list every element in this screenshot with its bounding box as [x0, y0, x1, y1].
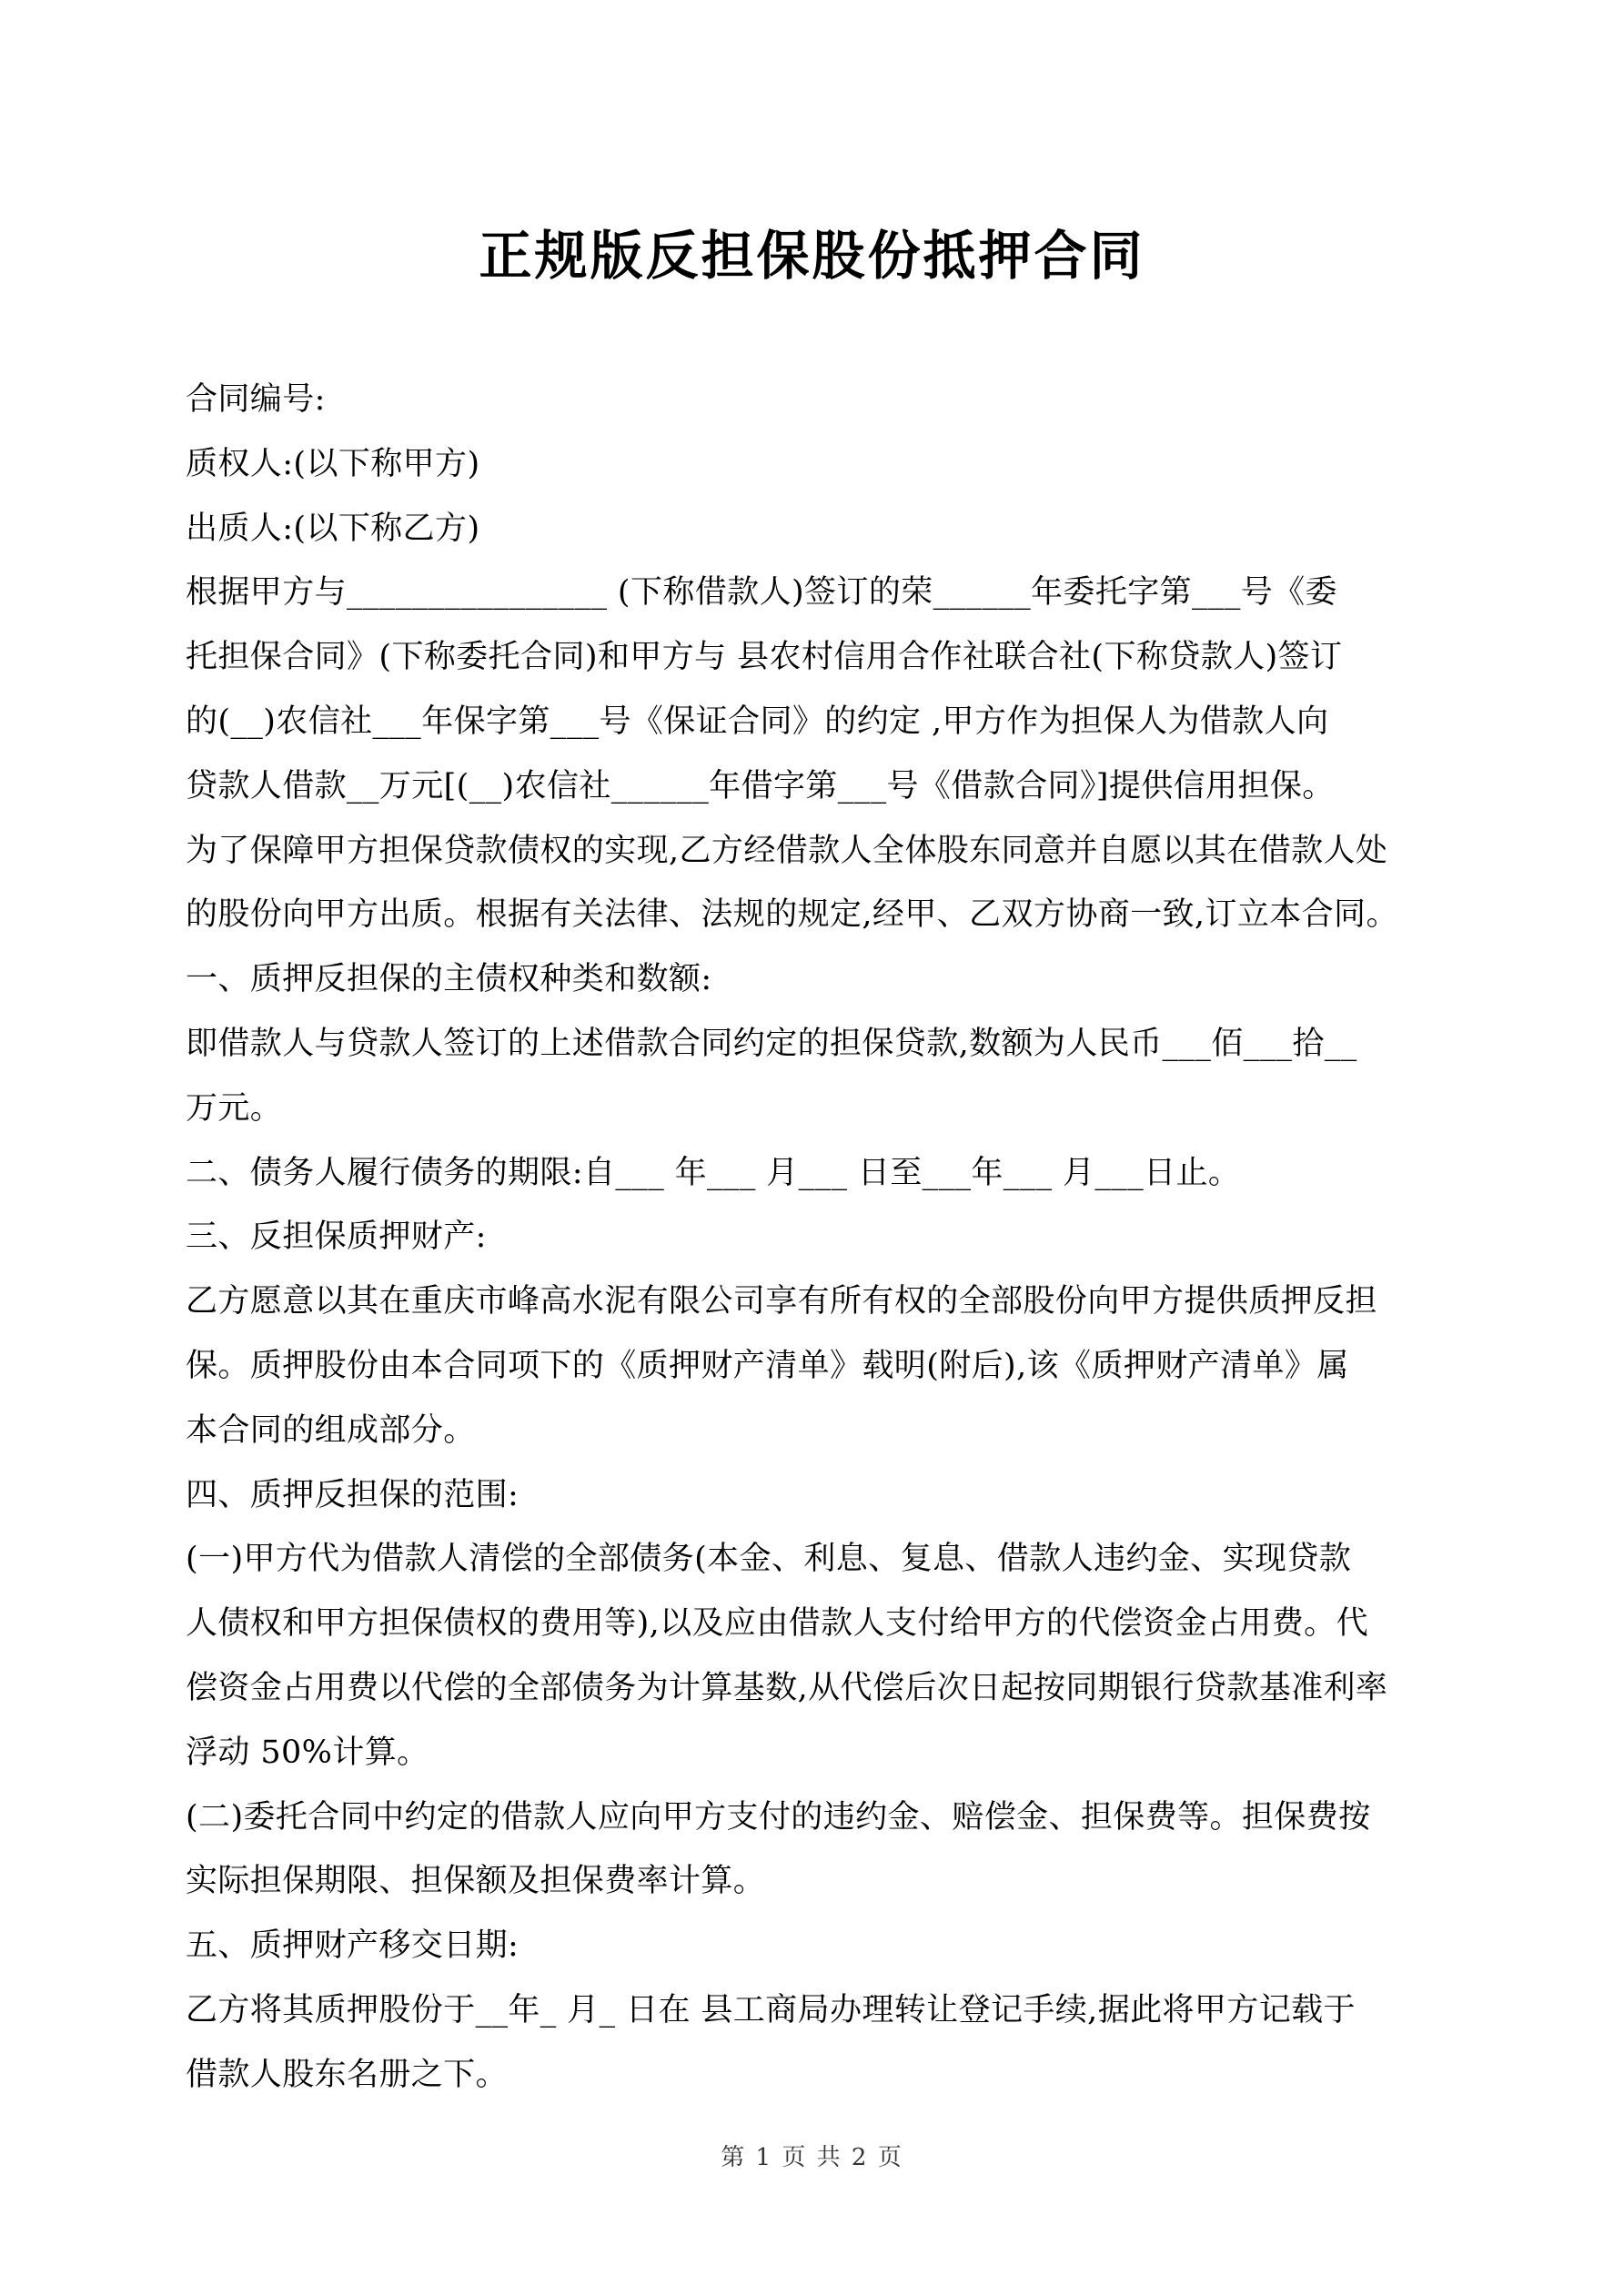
- document-body: 合同编号: 质权人:(以下称甲方) 出质人:(以下称乙方) 根据甲方与_____…: [186, 368, 1470, 2108]
- contract-line: 的(__)农信社___年保字第___号《保证合同》的约定 ,甲方作为担保人为借款…: [186, 690, 1470, 754]
- contract-line: 贷款人借款__万元[(__)农信社______年借字第___号《借款合同》]提供…: [186, 754, 1470, 819]
- contract-line: 为了保障甲方担保贷款债权的实现,乙方经借款人全体股东同意并自愿以其在借款人处: [186, 819, 1470, 884]
- contract-line: 根据甲方与________________ (下称借款人)签订的荣______年…: [186, 561, 1470, 625]
- contract-line: (一)甲方代为借款人清偿的全部债务(本金、利息、复息、借款人违约金、实现贷款: [186, 1527, 1470, 1592]
- contract-line: 质权人:(以下称甲方): [186, 432, 1470, 497]
- contract-line: 实际担保期限、担保额及担保费率计算。: [186, 1849, 1470, 1914]
- contract-line: 的股份向甲方出质。根据有关法律、法规的规定,经甲、乙双方协商一致,订立本合同。: [186, 883, 1470, 947]
- contract-line: 四、质押反担保的范围:: [186, 1463, 1470, 1528]
- contract-line: 浮动 50%计算。: [186, 1721, 1470, 1785]
- contract-line: 出质人:(以下称乙方): [186, 497, 1470, 561]
- contract-line: 本合同的组成部分。: [186, 1399, 1470, 1463]
- contract-line: 合同编号:: [186, 368, 1470, 432]
- contract-line: (二)委托合同中约定的借款人应向甲方支付的违约金、赔偿金、担保费等。担保费按: [186, 1785, 1470, 1850]
- contract-line: 三、反担保质押财产:: [186, 1205, 1470, 1269]
- contract-line: 乙方愿意以其在重庆市峰高水泥有限公司享有所有权的全部股份向甲方提供质押反担: [186, 1269, 1470, 1334]
- contract-line: 保。质押股份由本合同项下的《质押财产清单》载明(附后),该《质押财产清单》属: [186, 1334, 1470, 1399]
- contract-line: 即借款人与贷款人签订的上述借款合同约定的担保贷款,数额为人民币___佰___拾_…: [186, 1012, 1470, 1077]
- contract-line: 万元。: [186, 1077, 1470, 1141]
- contract-line: 偿资金占用费以代偿的全部债务为计算基数,从代偿后次日起按同期银行贷款基准利率: [186, 1656, 1470, 1721]
- contract-line: 一、质押反担保的主债权种类和数额:: [186, 947, 1470, 1012]
- contract-line: 借款人股东名册之下。: [186, 2043, 1470, 2108]
- contract-line: 人债权和甲方担保债权的费用等),以及应由借款人支付给甲方的代偿资金占用费。代: [186, 1592, 1470, 1656]
- page-number-footer: 第 1 页 共 2 页: [0, 2139, 1624, 2172]
- contract-line: 五、质押财产移交日期:: [186, 1914, 1470, 1978]
- contract-line: 托担保合同》(下称委托合同)和甲方与 县农村信用合作社联合社(下称贷款人)签订: [186, 625, 1470, 690]
- document-page: 正规版反担保股份抵押合同 合同编号: 质权人:(以下称甲方) 出质人:(以下称乙…: [0, 0, 1624, 2296]
- contract-line: 二、债务人履行债务的期限:自___ 年___ 月___ 日至___年___ 月_…: [186, 1141, 1470, 1206]
- document-title: 正规版反担保股份抵押合同: [0, 213, 1624, 289]
- contract-line: 乙方将其质押股份于__年_ 月_ 日在 县工商局办理转让登记手续,据此将甲方记载…: [186, 1978, 1470, 2043]
